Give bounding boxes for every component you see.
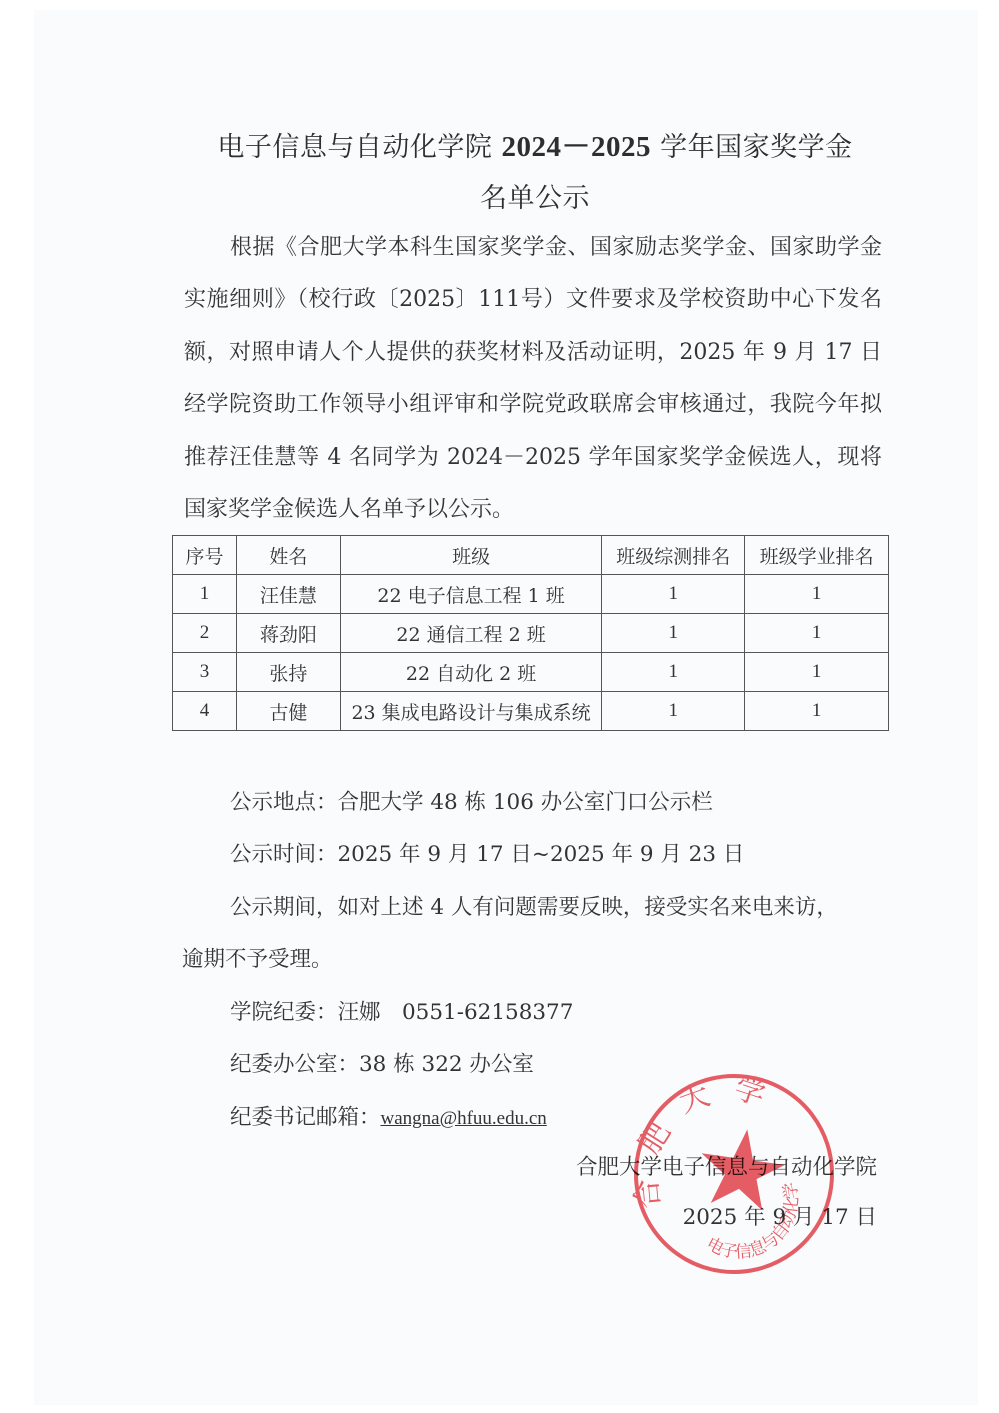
stamp-outer-text: 合肥大学 [632,1072,790,1229]
cell-academic-rank: 1 [745,614,889,653]
header-academic-rank: 班级学业排名 [745,536,889,575]
header-overall-rank: 班级综测排名 [602,536,745,575]
table-header-row: 序号 姓名 班级 班级综测排名 班级学业排名 [173,536,889,575]
header-no: 序号 [173,536,237,575]
header-class: 班级 [340,536,602,575]
notice-feedback-line1: 公示期间，如对上述 4 人有问题需要反映，接受实名来电来访， [230,890,838,921]
cell-class: 22 通信工程 2 班 [340,614,602,653]
candidate-table: 序号 姓名 班级 班级综测排名 班级学业排名 1 汪佳慧 22 电子信息工程 1… [172,535,889,731]
table-row: 4 古健 23 集成电路设计与集成系统 1 1 [173,692,889,731]
cell-name: 汪佳慧 [236,575,340,614]
cell-no: 3 [173,653,237,692]
cell-class: 22 电子信息工程 1 班 [340,575,602,614]
email-label: 纪委书记邮箱： [230,1105,381,1130]
cell-overall-rank: 1 [602,614,745,653]
document-subtitle: 名单公示 [180,176,890,215]
cell-academic-rank: 1 [745,575,889,614]
title-prefix: 电子信息与自动化学院 [217,132,501,163]
official-seal: 合肥大学 电子信息与自动化学院 [632,1072,836,1276]
table-row: 2 蒋劲阳 22 通信工程 2 班 1 1 [173,614,889,653]
cell-overall-rank: 1 [602,692,745,731]
document-title: 电子信息与自动化学院 2024－2025 学年国家奖学金 [180,124,890,165]
table-row: 1 汪佳慧 22 电子信息工程 1 班 1 1 [173,575,889,614]
discipline-email-line: 纪委书记邮箱：wangna@hfuu.edu.cn [230,1100,547,1131]
title-years: 2024－2025 [501,131,651,163]
table-row: 3 张持 22 自动化 2 班 1 1 [173,653,889,692]
cell-class: 23 集成电路设计与集成系统 [340,692,602,731]
intro-paragraph: 根据《合肥大学本科生国家奖学金、国家励志奖学金、国家助学金实施细则》（校行政〔2… [184,222,882,536]
email-link[interactable]: wangna@hfuu.edu.cn [381,1108,547,1129]
cell-overall-rank: 1 [602,653,745,692]
discipline-office: 纪委办公室：38 栋 322 办公室 [230,1047,534,1078]
title-suffix: 学年国家奖学金 [651,132,853,163]
notice-feedback-line2: 逾期不予受理。 [182,942,333,973]
cell-name: 蒋劲阳 [236,614,340,653]
cell-no: 1 [173,575,237,614]
cell-academic-rank: 1 [745,653,889,692]
discipline-contact: 学院纪委：汪娜 0551-62158377 [230,995,573,1026]
cell-no: 2 [173,614,237,653]
star-icon [695,1124,789,1213]
cell-overall-rank: 1 [602,575,745,614]
cell-name: 古健 [236,692,340,731]
cell-class: 22 自动化 2 班 [340,653,602,692]
notice-period: 公示时间：2025 年 9 月 17 日~2025 年 9 月 23 日 [230,837,744,868]
notice-location: 公示地点：合肥大学 48 栋 106 办公室门口公示栏 [230,785,713,816]
svg-text:合肥大学: 合肥大学 [632,1072,790,1229]
cell-academic-rank: 1 [745,692,889,731]
cell-no: 4 [173,692,237,731]
header-name: 姓名 [236,536,340,575]
cell-name: 张持 [236,653,340,692]
